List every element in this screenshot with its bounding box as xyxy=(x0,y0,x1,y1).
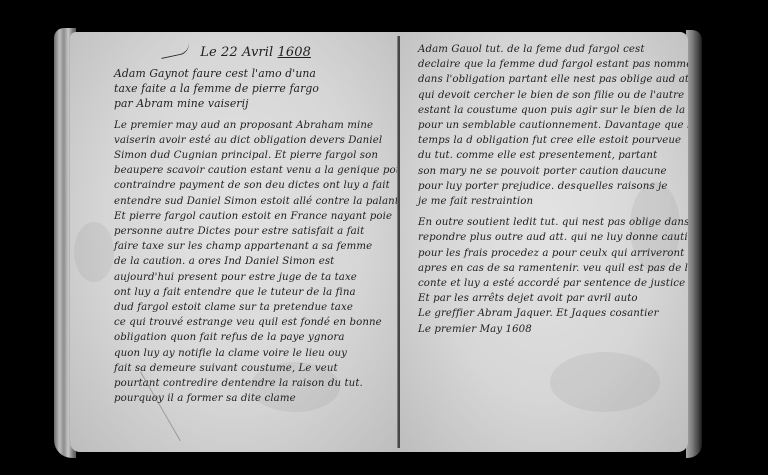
body-line: beaupere scavoir caution estant venu a l… xyxy=(114,163,400,178)
body-line: pourquoy il a former sa dite clame xyxy=(114,391,400,406)
body-line: fait sa demeure suivant coustume, Le veu… xyxy=(114,361,400,376)
left-page-text: Le 22 Avril 1608 Adam Gaynot faure cest … xyxy=(114,44,400,406)
signature-line: Le greffier Abram Jaquer. Et Jaques cosa… xyxy=(418,306,688,321)
body-line: quon luy ay notifie la clame voire le li… xyxy=(114,346,400,361)
body-line: ont luy a fait entendre que le tuteur de… xyxy=(114,285,400,300)
entry-date-heading: Le 22 Avril 1608 xyxy=(160,44,400,62)
right-page-text: Adam Gauol tut. de la feme dud fargol ce… xyxy=(418,42,688,337)
body-line: Et pierre fargol caution estoit en Franc… xyxy=(114,209,400,224)
body-line: temps la d obligation fut cree elle esto… xyxy=(418,133,688,148)
body-line: aujourd'hui present pour estre juge de t… xyxy=(114,270,400,285)
body-line: de la caution. a ores Ind Daniel Simon e… xyxy=(114,254,400,269)
body-line: pour luy porter prejudice. desquelles ra… xyxy=(418,179,688,194)
open-register-book: Le 22 Avril 1608 Adam Gaynot faure cest … xyxy=(54,28,702,460)
body-line: ce qui trouvé estrange veu quil est fond… xyxy=(114,315,400,330)
body-line: pour un semblable cautionnement. Davanta… xyxy=(418,118,688,133)
body-line: Simon dud Cugnian principal. Et pierre f… xyxy=(114,148,400,163)
title-line: Adam Gaynot faure cest l'amo d'una xyxy=(114,66,400,81)
body-line: pourtant contredire dentendre la raison … xyxy=(114,376,400,391)
body-line: pour les frais procedez a pour ceulx qui… xyxy=(418,246,688,261)
body-line: contraindre payment de son deu dictes on… xyxy=(114,178,400,193)
entry-title-block: Adam Gaynot faure cest l'amo d'una taxe … xyxy=(114,66,400,112)
body-line: repondre plus outre aud att. qui ne luy … xyxy=(418,230,688,245)
paper-stain xyxy=(550,352,660,412)
body-line: apres en cas de sa ramentenir. veu quil … xyxy=(418,261,688,276)
body-line: conte et luy a esté accordé par sentence… xyxy=(418,276,688,291)
body-line: Adam Gauol tut. de la feme dud fargol ce… xyxy=(418,42,688,57)
body-line: declaire que la femme dud fargol estant … xyxy=(418,57,688,72)
paper-stain xyxy=(74,222,114,282)
entry-paragraph-2: En outre soutient ledit tut. qui nest pa… xyxy=(418,215,688,337)
body-line: qui devoit cercher le bien de son filie … xyxy=(418,88,688,103)
closing-date-line: Le premier May 1608 xyxy=(418,322,688,337)
body-line: je me fait restraintion xyxy=(418,194,688,209)
body-line: entendre sud Daniel Simon estoit allé co… xyxy=(114,194,400,209)
entry-body: Adam Gauol tut. de la feme dud fargol ce… xyxy=(418,42,688,209)
right-page: Adam Gauol tut. de la feme dud fargol ce… xyxy=(400,32,688,452)
body-line: dans l'obligation partant elle nest pas … xyxy=(418,72,688,87)
date-prefix: Le 22 xyxy=(200,45,238,60)
body-line: Et par les arrêts dejet avoit par avril … xyxy=(418,291,688,306)
title-line: taxe faite a la femme de pierre fargo xyxy=(114,81,400,96)
body-line: du tut. comme elle est presentement, par… xyxy=(418,148,688,163)
left-page: Le 22 Avril 1608 Adam Gaynot faure cest … xyxy=(70,32,400,452)
body-line: dud fargol estoit clame sur ta pretendue… xyxy=(114,300,400,315)
body-line: son mary ne se pouvoit porter caution da… xyxy=(418,164,688,179)
body-line: personne autre Dictes pour estre satisfa… xyxy=(114,224,400,239)
body-line: En outre soutient ledit tut. qui nest pa… xyxy=(418,215,688,230)
body-line: vaiserin avoir esté au dict obligation d… xyxy=(114,133,400,148)
heading-flourish-icon xyxy=(159,42,191,59)
body-line: faire taxe sur les champ appartenant a s… xyxy=(114,239,400,254)
body-line: estant la coustume quon puis agir sur le… xyxy=(418,103,688,118)
body-line: Le premier may aud an proposant Abraham … xyxy=(114,118,400,133)
date-month: Avril xyxy=(242,45,273,60)
title-line: par Abram mine vaiserij xyxy=(114,96,400,111)
book-cover-edge-right xyxy=(686,30,702,458)
body-line: obligation quon fait refus de la paye yg… xyxy=(114,330,400,345)
entry-body: Le premier may aud an proposant Abraham … xyxy=(114,118,400,407)
date-year: 1608 xyxy=(277,45,310,60)
